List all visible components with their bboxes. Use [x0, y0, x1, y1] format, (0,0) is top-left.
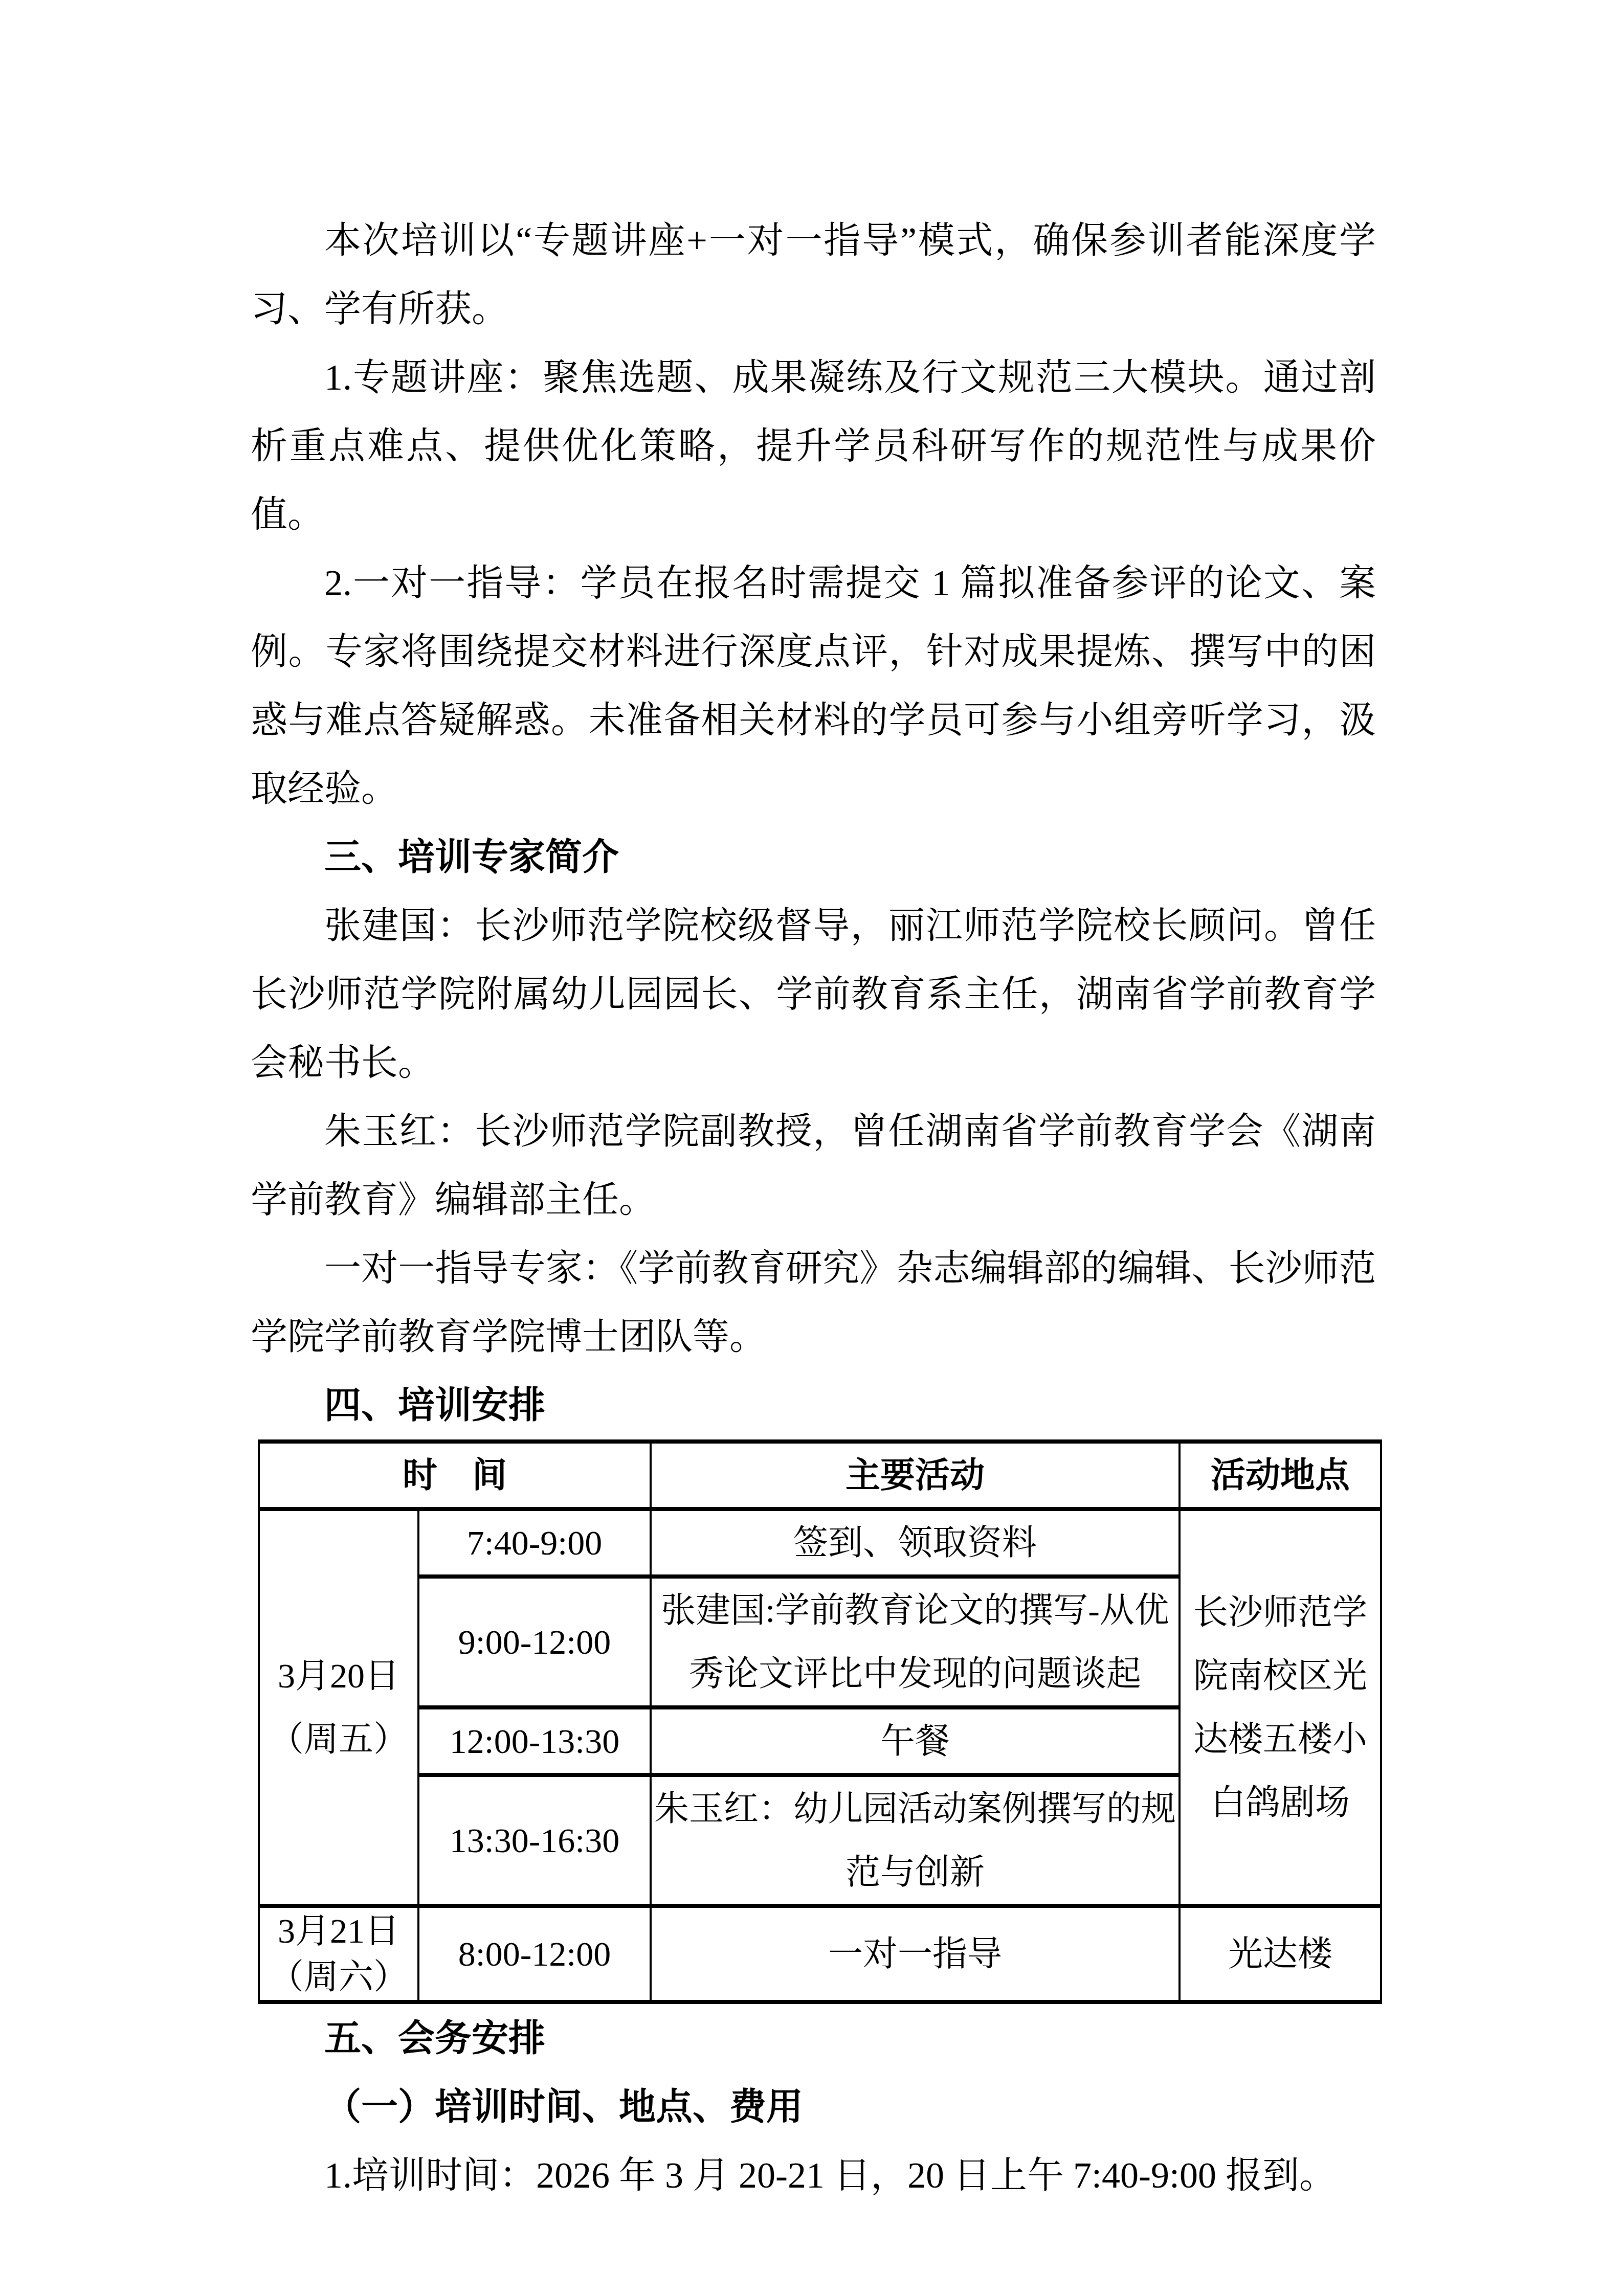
cell-time-session2: 9:00-12:00 [418, 1577, 651, 1707]
table-header-location: 活动地点 [1180, 1442, 1381, 1509]
heading-section-5-logistics: 五、会务安排 [251, 2004, 1376, 2073]
document-page: 本次培训以“专题讲座+一对一指导”模式，确保参训者能深度学习、学有所获。 1.专… [0, 0, 1624, 2296]
table-header-time: 时 间 [259, 1442, 651, 1509]
table-header-row: 时 间 主要活动 活动地点 [259, 1442, 1381, 1509]
paragraph-lecture-module: 1.专题讲座：聚焦选题、成果凝练及行文规范三大模块。通过剖析重点难点、提供优化策… [251, 343, 1376, 549]
cell-activity-session5: 一对一指导 [651, 1906, 1180, 2002]
cell-location-day1: 长沙师范学 院南校区光 达楼五楼小 白鸽剧场 [1180, 1509, 1381, 1906]
cell-date-day2: 3月21日 （周六） [259, 1906, 418, 2002]
cell-activity-session3: 午餐 [651, 1707, 1180, 1775]
cell-location-day2: 光达楼 [1180, 1906, 1381, 2002]
paragraph-expert-guidance-team: 一对一指导专家：《学前教育研究》杂志编辑部的编辑、长沙师范学院学前教育学院博士团… [251, 1234, 1376, 1371]
cell-time-session4: 13:30-16:30 [418, 1775, 651, 1906]
paragraph-one-on-one: 2.一对一指导：学员在报名时需提交 1 篇拟准备参评的论文、案例。专家将围绕提交… [251, 549, 1376, 823]
paragraph-expert-zhangjianguo: 张建国：长沙师范学院校级督导，丽江师范学院校长顾问。曾任长沙师范学院附属幼儿园园… [251, 891, 1376, 1097]
cell-activity-session4: 朱玉红：幼儿园活动案例撰写的规 范与创新 [651, 1775, 1180, 1906]
paragraph-expert-zhuyuhong: 朱玉红：长沙师范学院副教授，曾任湖南省学前教育学会《湖南学前教育》编辑部主任。 [251, 1097, 1376, 1234]
heading-section-3-experts: 三、培训专家简介 [251, 823, 1376, 891]
cell-time-session3: 12:00-13:30 [418, 1707, 651, 1775]
document-body: 本次培训以“专题讲座+一对一指导”模式，确保参训者能深度学习、学有所获。 1.专… [251, 206, 1376, 2210]
cell-time-session1: 7:40-9:00 [418, 1509, 651, 1577]
heading-section-4-schedule: 四、培训安排 [251, 1371, 1376, 1439]
cell-activity-session1: 签到、领取资料 [651, 1509, 1180, 1577]
paragraph-training-time: 1.培训时间：2026 年 3 月 20-21 日，20 日上午 7:40-9:… [251, 2141, 1376, 2210]
heading-sub-1-time-place-fee: （一）培训时间、地点、费用 [251, 2073, 1376, 2141]
table-header-activity: 主要活动 [651, 1442, 1180, 1509]
table-row: 3月21日 （周六） 8:00-12:00 一对一指导 光达楼 [259, 1906, 1381, 2002]
cell-activity-session2: 张建国:学前教育论文的撰写-从优 秀论文评比中发现的问题谈起 [651, 1577, 1180, 1707]
paragraph-training-mode: 本次培训以“专题讲座+一对一指导”模式，确保参训者能深度学习、学有所获。 [251, 206, 1376, 343]
schedule-table: 时 间 主要活动 活动地点 3月20日 （周五） 7:40-9:00 签到、领取… [258, 1439, 1382, 2004]
cell-date-day1: 3月20日 （周五） [259, 1509, 418, 1906]
cell-time-session5: 8:00-12:00 [418, 1906, 651, 2002]
table-row: 3月20日 （周五） 7:40-9:00 签到、领取资料 长沙师范学 院南校区光… [259, 1509, 1381, 1577]
